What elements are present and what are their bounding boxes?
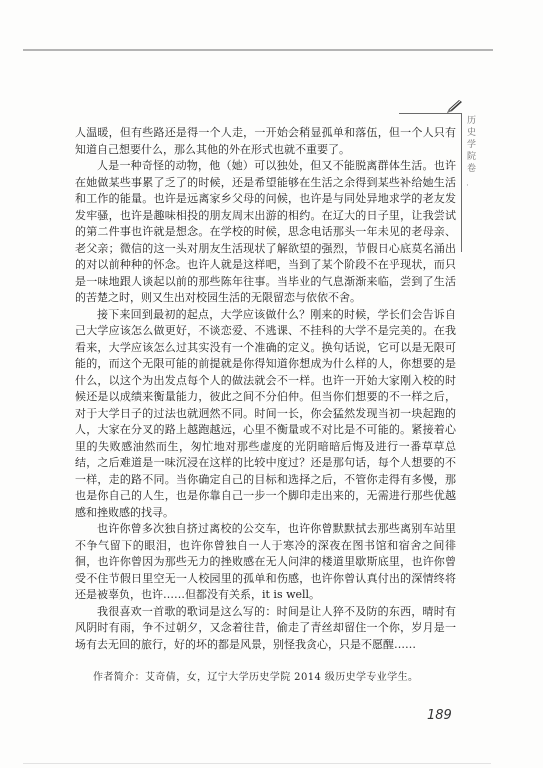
body-line: 受不住节假日里空无一人校园里的孤单和伤感，也许你曾认真付出的深情终将 — [75, 571, 456, 588]
body-line: 人，大家在分叉的路上越跑越远，心里不衡量或不对比是不可能的。紧接着心 — [75, 422, 456, 439]
body-line: 接下来回到最初的起点，大学应该做什么？刚来的时候，学长们会告诉自 — [75, 307, 456, 324]
body-line: 发牢骚，也许是趣味相投的朋友周末出游的相约。在辽大的日子里，让我尝试 — [75, 208, 456, 225]
body-line: 的苦楚之时，则又生出对校园生活的无限留恋与依依不舍。 — [75, 290, 456, 307]
body-line: 能的，而这个无限可能的前提就是你得知道你想成为什么样的人，你想要的是 — [75, 356, 456, 373]
body-line: 我很喜欢一首歌的歌词是这么写的：时间是让人猝不及防的东西，晴时有 — [75, 604, 456, 621]
body-line: 候还是以成绩来衡量能力，彼此之间不分伯仲。但当你们想要的不一样之后， — [75, 389, 456, 406]
body-line: 也许你曾多次独自挤过离校的公交车，也许你曾默默拭去那些离别车站里 — [75, 521, 456, 538]
body-line: 的第二件事也许就是想念。在学校的时候，思念电话那头一年未见的老母亲、 — [75, 224, 456, 241]
body-line: 什么，以这个为出发点每个人的做法就会不一样。也许一开始大家刚入校的时 — [75, 373, 456, 390]
body-line: 己大学应该怎么做更好，不谈恋爱、不逃课、不挂科的大学不是完美的。在我 — [75, 323, 456, 340]
section-label: 历史学院卷 — [464, 115, 477, 175]
paragraph: 也许你曾多次独自挤过离校的公交车，也许你曾默默拭去那些离别车站里 不争气留下的眼… — [75, 521, 456, 604]
body-line: 人温暖，但有些路还是得一个人走，一开始会稍显孤单和落伍，但一个人只有 — [75, 125, 456, 142]
body-line: 徊，也许你曾因为那些无力的挫败感在无人问津的楼道里歇斯底里，也许你曾 — [75, 554, 456, 571]
body-line: 感和挫败感的找寻。 — [75, 505, 456, 522]
author-note: 作者简介：艾奇倩，女，辽宁大学历史学院 2014 级历史学专业学生。 — [93, 670, 418, 686]
section-tab-vertical-line — [461, 113, 462, 252]
body-line: 对于大学日子的过法也就迥然不同。时间一长，你会猛然发现当初一块起跑的 — [75, 406, 456, 423]
body-line: 也是你自己的人生，也是你靠自己一步一个脚印走出来的，无需进行那些优越 — [75, 488, 456, 505]
pencil-icon — [445, 98, 463, 114]
paragraph: 我很喜欢一首歌的歌词是这么写的：时间是让人猝不及防的东西，晴时有 风阴时有雨，争… — [75, 604, 456, 654]
body-line: 场有去无回的旅行，好的坏的都是风景，别怪我贪心，只是不愿醒…… — [75, 637, 456, 654]
body-line: 是一味地跟人谈起以前的那些陈年往事。当毕业的气息渐渐来临，尝到了生活 — [75, 274, 456, 291]
body-line: 老父亲；微信的这一头对朋友生活现状了解欲望的强烈，节假日心底莫名涌出 — [75, 241, 456, 258]
body-line: 在她做某些事累了乏了的时候，还是希望能够在生活之余得到某些补给她生活 — [75, 175, 456, 192]
body-line: 还是被辜负，也许……但都没有关系，it is well。 — [75, 587, 456, 604]
body-line: 知道自己想要什么，那么其他的外在形式也就不重要了。 — [75, 142, 456, 159]
body-line: 风阴时有雨，争不过朝夕，又念着往昔，偷走了青丝却留住一个你，岁月是一 — [75, 620, 456, 637]
body-line: 一样，走的路不同。当你确定自己的目标和选择之后，不管你走得有多慢，那 — [75, 472, 456, 489]
page-number: 189 — [427, 708, 452, 723]
article-body: 人温暖，但有些路还是得一个人走，一开始会稍显孤单和落伍，但一个人只有 知道自己想… — [75, 125, 456, 653]
header-rule — [23, 49, 493, 51]
section-label-dot: · — [466, 181, 469, 191]
paragraph: 人是一种奇怪的动物，他（她）可以独处，但又不能脱离群体生活。也许 在她做某些事累… — [75, 158, 456, 307]
body-line: 里的失败感油然而生，匆忙地对那些虚度的光阴暗暗后悔及进行一番草草总 — [75, 439, 456, 456]
paragraph: 接下来回到最初的起点，大学应该做什么？刚来的时候，学长们会告诉自 己大学应该怎么… — [75, 307, 456, 522]
body-line: 和工作的能量。也许是远离家乡父母的问候，也许是与同处异地求学的老友发 — [75, 191, 456, 208]
paragraph: 人温暖，但有些路还是得一个人走，一开始会稍显孤单和落伍，但一个人只有 知道自己想… — [75, 125, 456, 158]
footer-rule — [23, 763, 491, 764]
body-line: 的对以前种种的怀念。也许人就是这样吧，当到了某个阶段不在乎现状，而只 — [75, 257, 456, 274]
body-line: 结，之后难道是一味沉浸在这样的比较中度过？还是那句话，每个人想要的不 — [75, 455, 456, 472]
body-line: 不争气留下的眼泪，也许你曾独自一人于寒冷的深夜在图书馆和宿舍之间徘 — [75, 538, 456, 555]
body-line: 看来，大学应该怎么过其实没有一个准确的定义。换句话说，它可以是无限可 — [75, 340, 456, 357]
body-line: 人是一种奇怪的动物，他（她）可以独处，但又不能脱离群体生活。也许 — [75, 158, 456, 175]
